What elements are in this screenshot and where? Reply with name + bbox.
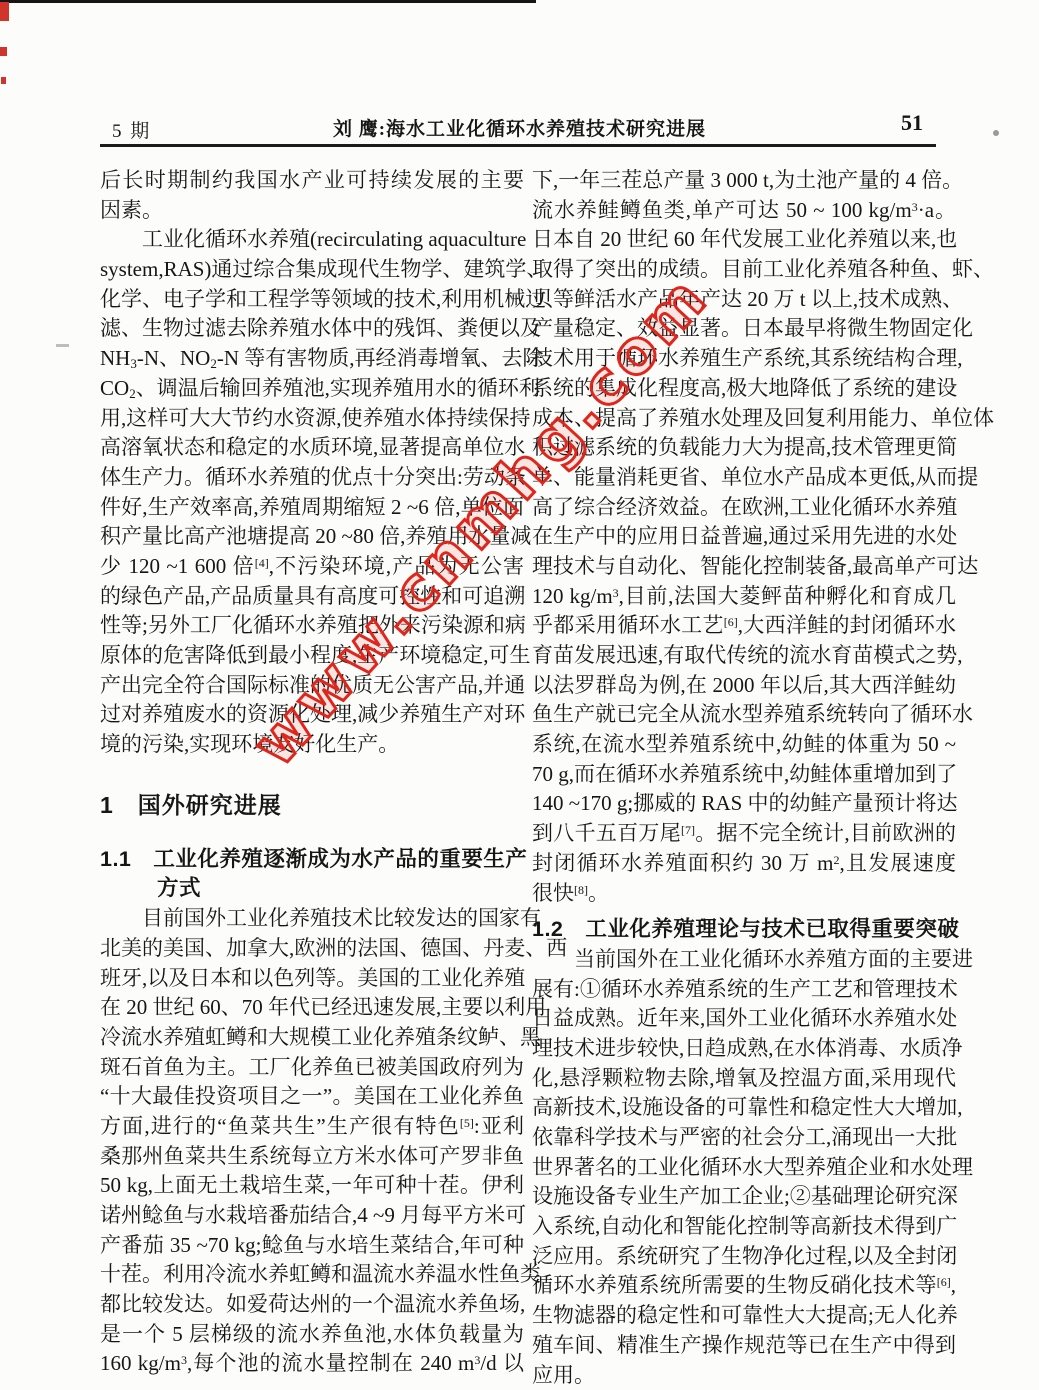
text-line: 依靠科学技术与严密的社会分工,涌现出一大批 [532, 1123, 956, 1153]
left-column: 后长时期制约我国水产业可持续发展的主要因素。 工业化循环水养殖(recircul… [100, 166, 524, 1379]
text-line: 高新技术,设施设备的可靠性和稳定性大大增加, [532, 1093, 956, 1123]
text-line: 件好,生产效率高,养殖周期缩短 2 ~6 倍,单位面 [100, 493, 524, 523]
text-line: 用,这样可大大节约水资源,使养殖水体持续保持 [100, 404, 524, 434]
text-line: 因素。 [100, 196, 524, 226]
text-line: 积过滤系统的负载能力大为提高,技术管理更简 [532, 433, 956, 463]
section-heading: 1 国外研究进展 [100, 787, 524, 823]
text-line: 设施设备专业生产加工企业;②基础理论研究深 [532, 1182, 956, 1212]
text-line: 十茬。利用冷流水养虹鳟和温流水养温水性鱼类 [100, 1260, 524, 1290]
journal-page: 5 期 刘 鹰:海水工业化循环水养殖技术研究进展 51 后长时期制约我国水产业可… [0, 0, 1039, 1390]
text-line: 产出完全符合国际标准的优质无公害产品,并通 [100, 671, 524, 701]
text-line: 以法罗群岛为例,在 2000 年以后,其大西洋鲑幼 [532, 671, 956, 701]
text-line: 在生产中的应用日益普遍,通过采用先进的水处 [532, 522, 956, 552]
text-line: 系统的集成化程度高,极大地降低了系统的建设 [532, 374, 956, 404]
text-line: 方面,进行的“鱼菜共生”生产很有特色[5]:亚利 [100, 1112, 524, 1142]
subsection-heading: 1.1 工业化养殖逐渐成为水产品的重要生产 [100, 845, 524, 875]
text-line: 高溶氧状态和稳定的水质环境,显著提高单位水 [100, 433, 524, 463]
text-line: 桑那州鱼菜共生系统每立方米水体可产罗非鱼 [100, 1142, 524, 1172]
scan-artifact-red-dash [0, 2, 9, 21]
text-line: 过对养殖废水的资源化处理,减少养殖生产对环 [100, 700, 524, 730]
text-line: 贝等鲜活水产品年产达 20 万 t 以上,技术成熟、 [532, 285, 956, 315]
header-rule [100, 144, 936, 147]
page-number: 51 [901, 110, 923, 136]
text-line: 育苗发展迅速,有取代传统的流水育苗模式之势, [532, 641, 956, 671]
right-column: 下,一年三茬总产量 3 000 t,为土池产量的 4 倍。流水养鲑鳟鱼类,单产可… [532, 166, 956, 1390]
text-line: 50 kg,上面无土栽培生菜,一年可种十茬。伊利 [100, 1171, 524, 1201]
text-line: 班牙,以及日本和以色列等。美国的工业化养殖 [100, 964, 524, 994]
text-line: 鱼生产就已完全从流水型养殖系统转向了循环水 [532, 700, 956, 730]
text-line: 成本、提高了养殖水处理及回复利用能力、单位体 [532, 404, 956, 434]
text-line: 在 20 世纪 60、70 年代已经迅速发展,主要以利用 [100, 993, 524, 1023]
text-line: system,RAS)通过综合集成现代生物学、建筑学、 [100, 255, 524, 285]
text-line: 日益成熟。近年来,国外工业化循环水养殖水处 [532, 1004, 956, 1034]
running-title: 刘 鹰:海水工业化循环水养殖技术研究进展 [0, 114, 1039, 141]
text-line: 循环水养殖系统所需要的生物反硝化技术等[6], [532, 1271, 956, 1301]
text-line: NH3-N、NO2-N 等有害物质,再经消毒增氧、去除 [100, 344, 524, 374]
subsection-heading: 方式 [100, 874, 524, 904]
text-line: CO2、调温后输回养殖池,实现养殖用水的循环利 [100, 374, 524, 404]
text-line: 理技术与自动化、智能化控制装备,最高单产可达 [532, 552, 956, 582]
text-line: 下,一年三茬总产量 3 000 t,为土池产量的 4 倍。 [532, 166, 956, 196]
text-line: 取得了突出的成绩。目前工业化养殖各种鱼、虾、 [532, 255, 956, 285]
text-line: 都比较发达。如爱荷达州的一个温流水养鱼场, [100, 1290, 524, 1320]
scan-artifact-margin-mark [56, 344, 69, 347]
text-line: 是一个 5 层梯级的流水养鱼池,水体负载量为 [100, 1320, 524, 1350]
text-line: 到八千五百万尾[7]。据不完全统计,目前欧洲的 [532, 819, 956, 849]
scan-artifact-top-line [0, 0, 536, 3]
text-line: 系统,在流水型养殖系统中,幼鲑的体重为 50 ~ [532, 730, 956, 760]
text-line: 体生产力。循环水养殖的优点十分突出:劳动条 [100, 463, 524, 493]
scan-artifact-red-dash [1, 77, 6, 84]
text-line: 封闭循环水养殖面积约 30 万 m2,且发展速度 [532, 849, 956, 879]
text-line: 境的污染,实现环境友好化生产。 [100, 730, 524, 760]
text-line: 殖车间、精准生产操作规范等已在生产中得到 [532, 1331, 956, 1361]
text-line: 工业化循环水养殖(recirculating aquaculture [100, 225, 524, 255]
text-line: 很快[8]。 [532, 879, 956, 909]
text-line: 冷流水养殖虹鳟和大规模工业化养殖条纹鲈、黑 [100, 1023, 524, 1053]
text-line: 160 kg/m3,每个池的流水量控制在 240 m3/d 以 [100, 1349, 524, 1379]
subsection-heading: 1.2 工业化养殖理论与技术已取得重要突破 [532, 915, 956, 945]
text-line: 滤、生物过滤去除养殖水体中的残饵、粪便以及 [100, 314, 524, 344]
text-line: 120 kg/m3,目前,法国大菱鲆苗种孵化和育成几 [532, 582, 956, 612]
text-line: 积产量比高产池塘提高 20 ~80 倍,养殖用水量减 [100, 522, 524, 552]
text-line: 世界著名的工业化循环水大型养殖企业和水处理 [532, 1153, 956, 1183]
text-line: 诺州鲶鱼与水栽培番茄结合,4 ~9 月每平方米可 [100, 1201, 524, 1231]
text-line: 日本自 20 世纪 60 年代发展工业化养殖以来,也 [532, 225, 956, 255]
text-line: 泛应用。系统研究了生物净化过程,以及全封闭 [532, 1242, 956, 1272]
text-line: 后长时期制约我国水产业可持续发展的主要 [100, 166, 524, 196]
text-line: 产量稳定、效益显著。日本最早将微生物固定化 [532, 314, 956, 344]
text-line: 性等;另外工厂化循环水养殖把外来污染源和病 [100, 611, 524, 641]
text-line: 生物滤器的稳定性和可靠性大大提高;无人化养 [532, 1301, 956, 1331]
text-line: 原体的危害降低到最小程度,生产环境稳定,可生 [100, 641, 524, 671]
text-line: 乎都采用循环水工艺[6],大西洋鲑的封闭循环水 [532, 611, 956, 641]
text-line: 应用。 [532, 1361, 956, 1390]
text-line: 的绿色产品,产品质量具有高度可控性和可追溯 [100, 582, 524, 612]
text-line: 产番茄 35 ~70 kg;鲶鱼与水培生菜结合,年可种 [100, 1231, 524, 1261]
text-line: 理技术进步较快,日趋成熟,在水体消毒、水质净 [532, 1034, 956, 1064]
text-line: 技术用于循环水养殖生产系统,其系统结构合理, [532, 344, 956, 374]
text-line: 当前国外在工业化循环水养殖方面的主要进 [532, 945, 956, 975]
text-line: 高了综合经济效益。在欧洲,工业化循环水养殖 [532, 493, 956, 523]
text-line: 70 g,而在循环水养殖系统中,幼鲑体重增加到了 [532, 760, 956, 790]
text-line: “十大最佳投资项目之一”。美国在工业化养鱼 [100, 1082, 524, 1112]
scan-artifact-speck [993, 130, 999, 136]
text-line: 入系统,自动化和智能化控制等高新技术得到广 [532, 1212, 956, 1242]
text-line: 140 ~170 g;挪威的 RAS 中的幼鲑产量预计将达 [532, 789, 956, 819]
text-line: 流水养鲑鳟鱼类,单产可达 50 ~ 100 kg/m3·a。 [532, 196, 956, 226]
text-line: 北美的美国、加拿大,欧洲的法国、德国、丹麦、西 [100, 934, 524, 964]
scan-artifact-red-dash [0, 47, 7, 56]
text-line: 展有:①循环水养殖系统的生产工艺和管理技术 [532, 975, 956, 1005]
text-line: 少 120 ~1 600 倍[4],不污染环境,产品为无公害 [100, 552, 524, 582]
text-line: 斑石首鱼为主。工厂化养鱼已被美国政府列为 [100, 1053, 524, 1083]
text-line: 单、能量消耗更省、单位水产品成本更低,从而提 [532, 463, 956, 493]
text-line: 化学、电子学和工程学等领域的技术,利用机械过 [100, 285, 524, 315]
text-line: 目前国外工业化养殖技术比较发达的国家有 [100, 904, 524, 934]
text-line: 化,悬浮颗粒物去除,增氧及控温方面,采用现代 [532, 1064, 956, 1094]
